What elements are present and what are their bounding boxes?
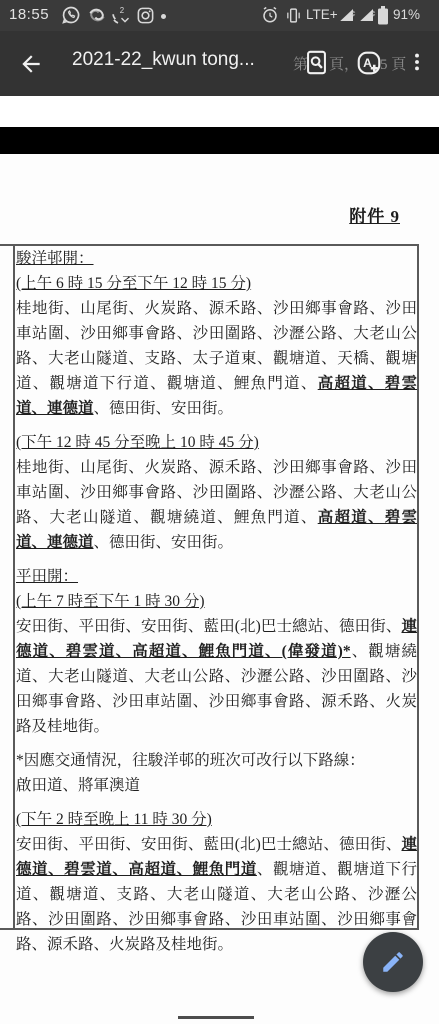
missed-call-icon-2: 2 (111, 5, 132, 25)
network-type-label: LTE+ (306, 7, 338, 22)
document-paragraph: 平田開： (16, 564, 417, 589)
back-arrow-icon[interactable] (18, 51, 44, 77)
route-text-run: 、德田街、安田街。 (94, 534, 234, 551)
page-indicator-fragment-right: 5 頁 (380, 53, 406, 74)
route-text-run: 安田街、平田街、安田街、藍田(北)巴士總站、德田街、 (16, 618, 401, 635)
svg-text:2: 2 (120, 5, 124, 14)
route-text-run: 平田開： (16, 568, 78, 585)
vibrate-icon (285, 5, 302, 25)
document-paragraph: 駿洋邨開： (16, 246, 417, 271)
route-text-run: 駿洋邨開： (16, 250, 94, 267)
document-title: 2021-22_kwun tong... (72, 49, 282, 71)
alarm-icon (261, 5, 279, 25)
signal-bars-sim1 (338, 5, 356, 25)
swirl-notification-icon (87, 5, 107, 25)
document-paragraph: (上午 6 時 15 分至下午 12 時 15 分) (16, 271, 417, 296)
document-paragraph: 安田街、平田街、安田街、藍田(北)巴士總站、德田街、連德道、碧雲道、高超道、鯉魚… (16, 832, 417, 957)
route-text-run: (下午 12 時 45 分至晚上 10 時 45 分) (16, 434, 259, 451)
document-paragraph: 桂地街、山尾街、火炭路、源禾路、沙田鄉事會路、沙田車站圍、沙田鄉事會路、沙田圍路… (16, 455, 417, 555)
document-paragraph: *因應交通情況，往駿洋邨的班次可改行以下路線： (16, 748, 417, 773)
paragraph-gap (16, 739, 417, 748)
document-paragraph: (下午 12 時 45 分至晚上 10 時 45 分) (16, 430, 417, 455)
document-paragraph: (上午 7 時至下午 1 時 30 分) (16, 589, 417, 614)
paragraph-gap (16, 421, 417, 430)
pencil-edit-icon (380, 949, 406, 975)
signal-bars-sim2 (358, 5, 376, 25)
previous-page-bottom-edge (0, 96, 439, 127)
route-text-run: 、德田街、安田街。 (94, 400, 234, 417)
page-gap-separator (0, 127, 439, 154)
find-in-page-icon[interactable] (303, 49, 330, 76)
whatsapp-icon (61, 5, 81, 25)
route-text-run: (下午 2 時至晚上 11 時 30 分) (16, 811, 212, 828)
route-text-run: (上午 7 時至下午 1 時 30 分) (16, 593, 205, 610)
app-bar: 2021-22_kwun tong... 第 頁， 5 頁 A (0, 31, 439, 96)
route-text-run: 啟田道、將軍澳道 (16, 777, 140, 794)
route-text-run: *因應交通情況，往駿洋邨的班次可改行以下路線： (16, 752, 365, 769)
document-paragraph: 桂地街、山尾街、火炭路、源禾路、沙田鄉事會路、沙田車站圍、沙田鄉事會路、沙田圍路… (16, 296, 417, 421)
route-text-run: 安田街、平田街、安田街、藍田(北)巴士總站、德田街、 (16, 836, 401, 853)
annotate-a-plus-icon[interactable]: A (355, 49, 383, 77)
attachment-label: 附件 9 (349, 202, 400, 227)
paragraph-gap (16, 555, 417, 564)
more-notifications-dot (161, 14, 166, 19)
status-bar: 18:55 2 (0, 0, 439, 31)
overflow-menu-icon[interactable] (406, 51, 428, 73)
edit-fab-button[interactable] (363, 932, 423, 992)
document-paragraph: 啟田道、將軍澳道 (16, 773, 417, 798)
page-footer-divider (178, 1016, 254, 1019)
route-description-text: 駿洋邨開：(上午 6 時 15 分至下午 12 時 15 分)桂地街、山尾街、火… (16, 246, 417, 957)
document-paragraph: (下午 2 時至晚上 11 時 30 分) (16, 807, 417, 832)
battery-icon (377, 5, 389, 25)
battery-percent-label: 91% (393, 7, 420, 22)
document-paragraph: 安田街、平田街、安田街、藍田(北)巴士總站、德田街、連德道、碧雲道、高超道、鯉魚… (16, 614, 417, 739)
paragraph-gap (16, 798, 417, 807)
pdf-page[interactable]: 附件 9 駿洋邨開：(上午 6 時 15 分至下午 12 時 15 分)桂地街、… (0, 154, 439, 1024)
route-text-run: (上午 6 時 15 分至下午 12 時 15 分) (16, 275, 251, 292)
clock-time: 18:55 (9, 6, 49, 23)
instagram-icon (136, 5, 155, 25)
